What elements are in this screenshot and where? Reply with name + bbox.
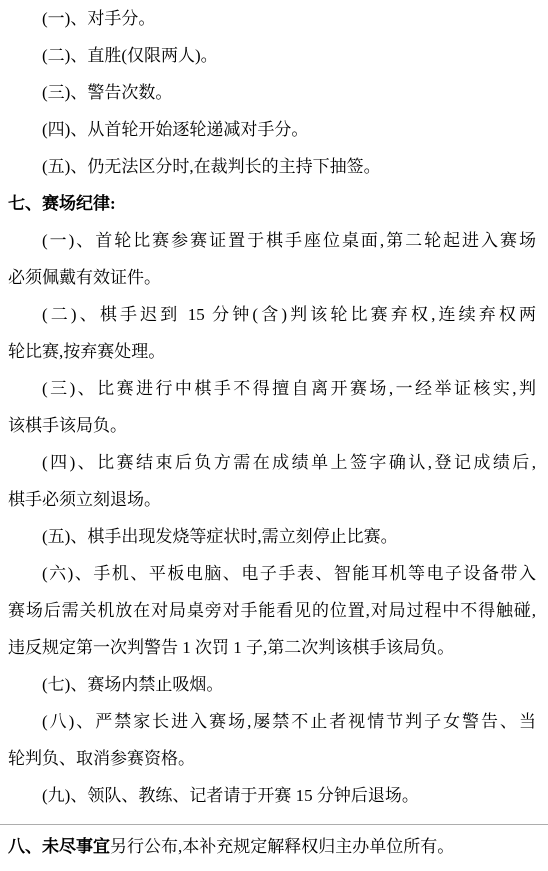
section8-line: 八、未尽事宜另行公布,本补充规定解释权归主办单位所有。: [8, 825, 536, 866]
section8-block: 八、未尽事宜另行公布,本补充规定解释权归主办单位所有。: [0, 825, 548, 866]
tiebreak-item-2: (二)、直胜(仅限两人)。: [8, 37, 536, 74]
rule-item-3-line-1: (三)、比赛进行中棋手不得擅自离开赛场,一经举证核实,判: [8, 370, 536, 407]
rule-item-6-line-3: 违反规定第一次判警告 1 次罚 1 子,第二次判该棋手该局负。: [8, 629, 536, 666]
section8-text: 另行公布,本补充规定解释权归主办单位所有。: [110, 837, 454, 856]
section7-heading: 七、赛场纪律:: [8, 185, 536, 222]
rule-item-6-line-2: 赛场后需关机放在对局桌旁对手能看见的位置,对局过程中不得触碰,: [8, 592, 536, 629]
rule-item-6-line-1: (六)、手机、平板电脑、电子手表、智能耳机等电子设备带入: [8, 555, 536, 592]
document-body: (一)、对手分。 (二)、直胜(仅限两人)。 (三)、警告次数。 (四)、从首轮…: [0, 0, 548, 814]
section8-heading: 八、未尽事宜: [8, 837, 110, 856]
document-page: (一)、对手分。 (二)、直胜(仅限两人)。 (三)、警告次数。 (四)、从首轮…: [0, 0, 548, 871]
rule-item-8-line-1: (八)、严禁家长进入赛场,屡禁不止者视情节判子女警告、当: [8, 703, 536, 740]
rule-item-5-line-1: (五)、棋手出现发烧等症状时,需立刻停止比赛。: [8, 518, 536, 555]
rule-item-4-line-2: 棋手必须立刻退场。: [8, 481, 536, 518]
rule-item-4-line-1: (四)、比赛结束后负方需在成绩单上签字确认,登记成绩后,: [8, 444, 536, 481]
rule-item-3-line-2: 该棋手该局负。: [8, 407, 536, 444]
rule-item-1-line-1: (一)、首轮比赛参赛证置于棋手座位桌面,第二轮起进入赛场: [8, 222, 536, 259]
rule-item-2-line-2: 轮比赛,按弃赛处理。: [8, 333, 536, 370]
tiebreak-item-5: (五)、仍无法区分时,在裁判长的主持下抽签。: [8, 148, 536, 185]
rule-item-1-line-2: 必须佩戴有效证件。: [8, 259, 536, 296]
tiebreak-item-4: (四)、从首轮开始逐轮递减对手分。: [8, 111, 536, 148]
rule-item-8-line-2: 轮判负、取消参赛资格。: [8, 740, 536, 777]
rule-item-2-line-1: (二)、棋手迟到 15 分钟(含)判该轮比赛弃权,连续弃权两: [8, 296, 536, 333]
tiebreak-item-3: (三)、警告次数。: [8, 74, 536, 111]
tiebreak-item-1: (一)、对手分。: [8, 0, 536, 37]
rule-item-9-line-1: (九)、领队、教练、记者请于开赛 15 分钟后退场。: [8, 777, 536, 814]
rule-item-7-line-1: (七)、赛场内禁止吸烟。: [8, 666, 536, 703]
